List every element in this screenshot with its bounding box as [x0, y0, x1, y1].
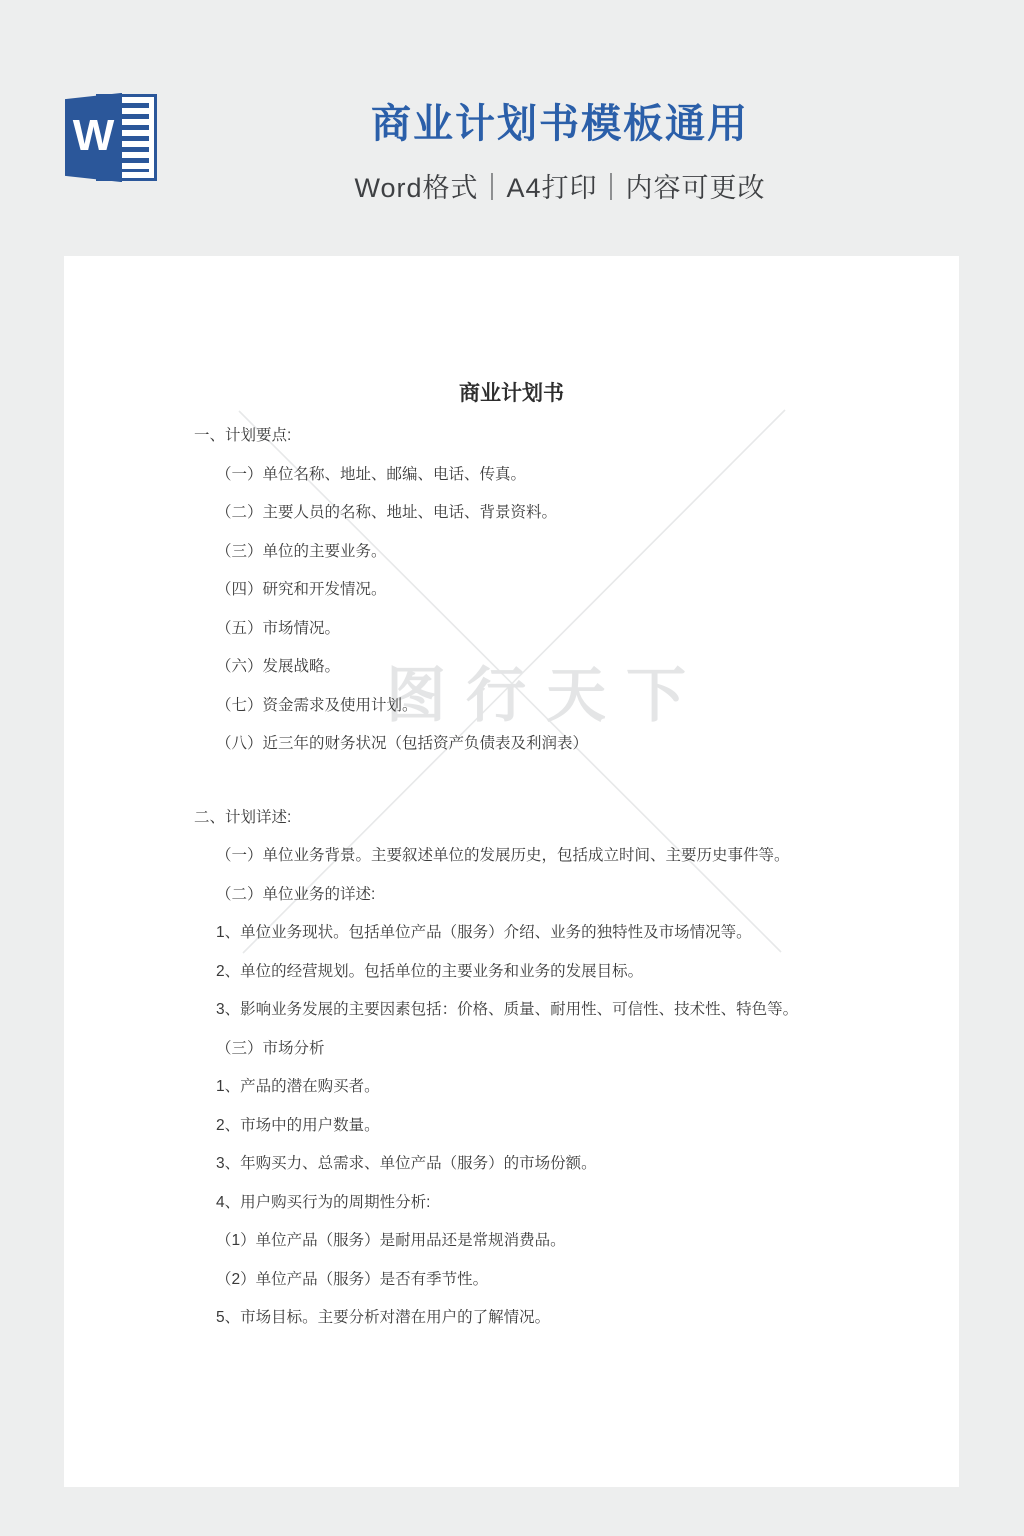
word-icon-letter: W: [73, 111, 115, 161]
doc-paragraph: 二、计划详述:: [64, 799, 959, 838]
document-title: 商业计划书: [64, 256, 959, 407]
doc-paragraph: 2、单位的经营规划。包括单位的主要业务和业务的发展目标。: [64, 953, 959, 992]
header-title-block: 商业计划书模板通用 Word格式｜A4打印｜内容可更改: [354, 92, 765, 205]
doc-paragraph: （一）单位业务背景。主要叙述单位的发展历史，包括成立时间、主要历史事件等。: [64, 837, 959, 876]
doc-paragraph: （1）单位产品（服务）是耐用品还是常规消费品。: [64, 1222, 959, 1261]
doc-paragraph: （四）研究和开发情况。: [64, 571, 959, 610]
header-banner: W 商业计划书模板通用 Word格式｜A4打印｜内容可更改: [0, 0, 1024, 256]
page-title: 商业计划书模板通用: [354, 92, 765, 149]
doc-paragraph: （七）资金需求及使用计划。: [64, 687, 959, 726]
word-file-icon: W: [65, 90, 160, 185]
doc-paragraph: （一）单位名称、地址、邮编、电话、传真。: [64, 456, 959, 495]
doc-paragraph: 一、计划要点:: [64, 417, 959, 456]
doc-paragraph: （二）单位业务的详述:: [64, 876, 959, 915]
document-page: 图行天下 商业计划书 一、计划要点:（一）单位名称、地址、邮编、电话、传真。（二…: [64, 256, 959, 1487]
doc-paragraph: 4、用户购买行为的周期性分析:: [64, 1184, 959, 1223]
doc-paragraph: 3、年购买力、总需求、单位产品（服务）的市场份额。: [64, 1145, 959, 1184]
screenshot-canvas: W 商业计划书模板通用 Word格式｜A4打印｜内容可更改 图行天下 商业计划书…: [0, 0, 1024, 1536]
doc-paragraph: 5、市场目标。主要分析对潜在用户的了解情况。: [64, 1299, 959, 1338]
doc-paragraph: 3、影响业务发展的主要因素包括：价格、质量、耐用性、可信性、技术性、特色等。: [64, 991, 959, 1030]
doc-paragraph: （六）发展战略。: [64, 648, 959, 687]
page-subtitle: Word格式｜A4打印｜内容可更改: [354, 166, 765, 205]
doc-paragraph: 1、产品的潜在购买者。: [64, 1068, 959, 1107]
doc-paragraph: 2、市场中的用户数量。: [64, 1107, 959, 1146]
doc-paragraph: （三）市场分析: [64, 1030, 959, 1069]
doc-paragraph: 1、单位业务现状。包括单位产品（服务）介绍、业务的独特性及市场情况等。: [64, 914, 959, 953]
document-body: 一、计划要点:（一）单位名称、地址、邮编、电话、传真。（二）主要人员的名称、地址…: [64, 417, 959, 1338]
doc-paragraph: （五）市场情况。: [64, 610, 959, 649]
doc-paragraph: （三）单位的主要业务。: [64, 533, 959, 572]
doc-paragraph: （八）近三年的财务状况（包括资产负债表及利润表）: [64, 725, 959, 764]
doc-paragraph: （二）主要人员的名称、地址、电话、背景资料。: [64, 494, 959, 533]
document-content: 商业计划书 一、计划要点:（一）单位名称、地址、邮编、电话、传真。（二）主要人员…: [64, 256, 959, 1338]
doc-paragraph: （2）单位产品（服务）是否有季节性。: [64, 1261, 959, 1300]
word-icon-w-panel: W: [65, 93, 122, 182]
